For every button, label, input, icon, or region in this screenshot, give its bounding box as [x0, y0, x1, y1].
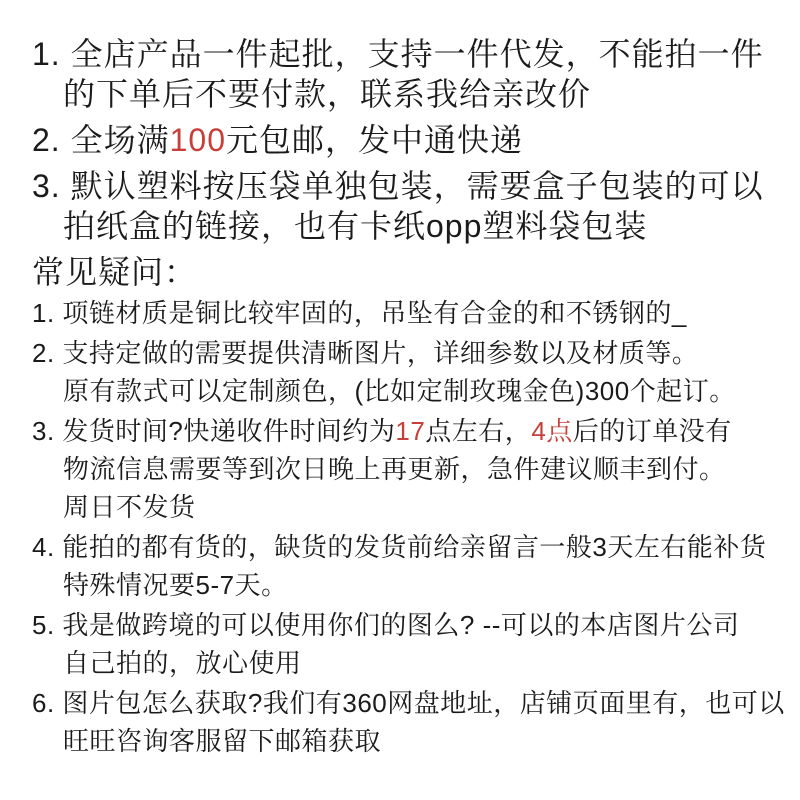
highlight-text: 17 [395, 416, 425, 446]
text-segment: 1. 全店产品一件起批，支持一件代发，不能拍一件 [32, 36, 764, 72]
notice-line: 特殊情况要5-7天。 [32, 566, 780, 604]
notice-line: 2. 支持定做的需要提供清晰图片，详细参数以及材质等。 [32, 334, 780, 372]
faq-section: 1. 项链材质是铜比较牢固的，吊坠有合金的和不锈钢的_2. 支持定做的需要提供清… [32, 294, 780, 760]
notice-top-section: 1. 全店产品一件起批，支持一件代发，不能拍一件的下单后不要付款，联系我给亲改价… [32, 34, 780, 246]
notice-line: 旺旺咨询客服留下邮箱获取 [32, 722, 780, 760]
notice-item: 2. 支持定做的需要提供清晰图片，详细参数以及材质等。原有款式可以定制颜色，(比… [32, 334, 780, 410]
notice-line: 6. 图片包怎么获取?我们有360网盘地址，店铺页面里有，也可以 [32, 684, 780, 722]
notice-line: 5. 我是做跨境的可以使用你们的图么? --可以的本店图片公司 [32, 606, 780, 644]
text-segment: 1. 项链材质是铜比较牢固的，吊坠有合金的和不锈钢的_ [32, 298, 687, 328]
notice-line: 2. 全场满100元包邮，发中通快递 [32, 120, 780, 160]
text-segment: 2. 支持定做的需要提供清晰图片，详细参数以及材质等。 [32, 338, 698, 368]
text-segment: 拍纸盒的链接，也有卡纸opp塑料袋包装 [63, 208, 647, 244]
text-segment: 5. 我是做跨境的可以使用你们的图么? --可以的本店图片公司 [32, 610, 739, 640]
text-segment: 物流信息需要等到次日晚上再更新，急件建议顺丰到付。 [63, 454, 726, 484]
notice-line: 3. 发货时间?快递收件时间约为17点左右，4点后的订单没有 [32, 412, 780, 450]
notice-line: 物流信息需要等到次日晚上再更新，急件建议顺丰到付。 [32, 450, 780, 488]
seller-notice: 1. 全店产品一件起批，支持一件代发，不能拍一件的下单后不要付款，联系我给亲改价… [0, 0, 800, 760]
text-segment: 3. 发货时间?快递收件时间约为 [32, 416, 395, 446]
notice-line: 拍纸盒的链接，也有卡纸opp塑料袋包装 [32, 206, 780, 246]
text-segment: 2. 全场满 [32, 122, 170, 158]
text-segment: 3. 默认塑料按压袋单独包装，需要盒子包装的可以 [32, 168, 764, 204]
text-segment: 4. 能拍的都有货的，缺货的发货前给亲留言一般3天左右能补货 [32, 532, 766, 562]
notice-line: 自己拍的，放心使用 [32, 644, 780, 682]
notice-item: 1. 项链材质是铜比较牢固的，吊坠有合金的和不锈钢的_ [32, 294, 780, 332]
text-segment: 元包邮，发中通快递 [226, 122, 523, 158]
highlight-text: 100 [170, 122, 226, 158]
notice-line: 1. 全店产品一件起批，支持一件代发，不能拍一件 [32, 34, 780, 74]
text-segment: 后的订单没有 [573, 416, 732, 446]
text-segment: 自己拍的，放心使用 [63, 648, 302, 678]
text-segment: 的下单后不要付款，联系我给亲改价 [63, 76, 591, 112]
text-segment: 6. 图片包怎么获取?我们有360网盘地址，店铺页面里有，也可以 [32, 688, 785, 718]
notice-item: 6. 图片包怎么获取?我们有360网盘地址，店铺页面里有，也可以旺旺咨询客服留下… [32, 684, 780, 760]
notice-line: 3. 默认塑料按压袋单独包装，需要盒子包装的可以 [32, 166, 780, 206]
notice-item: 3. 默认塑料按压袋单独包装，需要盒子包装的可以拍纸盒的链接，也有卡纸opp塑料… [32, 166, 780, 246]
notice-line: 原有款式可以定制颜色，(比如定制玫瑰金色)300个起订。 [32, 372, 780, 410]
notice-line: 4. 能拍的都有货的，缺货的发货前给亲留言一般3天左右能补货 [32, 528, 780, 566]
text-segment: 周日不发货 [63, 492, 196, 522]
text-segment: 原有款式可以定制颜色，(比如定制玫瑰金色)300个起订。 [63, 376, 736, 406]
notice-item: 5. 我是做跨境的可以使用你们的图么? --可以的本店图片公司自己拍的，放心使用 [32, 606, 780, 682]
notice-line: 的下单后不要付款，联系我给亲改价 [32, 74, 780, 114]
notice-line: 周日不发货 [32, 488, 780, 526]
highlight-text: 4点 [531, 416, 572, 446]
text-segment: 特殊情况要5-7天。 [63, 570, 288, 600]
text-segment: 旺旺咨询客服留下邮箱获取 [63, 726, 381, 756]
notice-item: 3. 发货时间?快递收件时间约为17点左右，4点后的订单没有物流信息需要等到次日… [32, 412, 780, 526]
notice-line: 1. 项链材质是铜比较牢固的，吊坠有合金的和不锈钢的_ [32, 294, 780, 332]
text-segment: 点左右， [425, 416, 531, 446]
notice-item: 1. 全店产品一件起批，支持一件代发，不能拍一件的下单后不要付款，联系我给亲改价 [32, 34, 780, 114]
notice-item: 2. 全场满100元包邮，发中通快递 [32, 120, 780, 160]
faq-heading: 常见疑问： [32, 252, 780, 292]
notice-item: 4. 能拍的都有货的，缺货的发货前给亲留言一般3天左右能补货特殊情况要5-7天。 [32, 528, 780, 604]
